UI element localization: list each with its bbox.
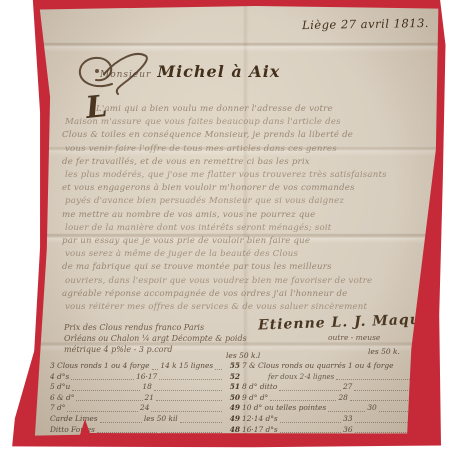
body-line: vous réitérer mes offres de services & d… <box>62 301 422 314</box>
body-line: louer de la manière dont vos intérêts se… <box>62 222 422 235</box>
price-row: 7 d° 24 49 <box>50 403 240 414</box>
dateline: Liège 27 avril 1813. <box>302 16 429 32</box>
body-line: Clous & toiles en conséquence Monsieur, … <box>62 129 422 142</box>
body-line: ouvriers, dans l'espoir que vous voudrez… <box>62 275 422 288</box>
body-line: me mettre au nombre de vos amis, vous ne… <box>62 209 422 222</box>
body-line: vous serez à même de juger de la beauté … <box>62 248 422 261</box>
body-line: par un essay que je vous prie de vouloir… <box>62 235 422 248</box>
price-row: 7 & Clous ronds ou quarrés 1 ou 4 forge <box>242 361 434 372</box>
terms-line: Orléans ou Chalon ¼ argt Décompte & poid… <box>64 333 247 344</box>
price-terms: Prix des Clous rendus franco Paris Orléa… <box>64 322 247 355</box>
body-line: payés d'avance bien persuadés Monsieur q… <box>62 195 422 208</box>
salutation-prefix: Monsieur <box>100 70 151 80</box>
price-row: 9 d° d° 28 50 <box>242 393 434 404</box>
price-row: 3 Clous ronds 1 ou 4 forge 14 k 15 ligne… <box>50 361 240 372</box>
body-line: les plus modérés, que j'ose me flatter v… <box>62 169 422 182</box>
body-line: et vous engagerons à bien vouloir m'hono… <box>62 182 422 195</box>
price-row: Carde Limes les 50 kil 49 <box>50 414 240 425</box>
body-line: agréable réponse accompagnée de vos ordr… <box>62 288 422 301</box>
price-row: 4 d°s 16·17 52 <box>50 372 240 383</box>
salutation: MonsieurMichel à Aix <box>100 62 280 81</box>
signature-place: outre - meuse <box>328 333 380 342</box>
price-row: 5 d°u 18 51 <box>50 382 240 393</box>
unit-label-right: les 50 k. <box>368 347 400 356</box>
body-line: L'ami qui a bien voulu me donner l'adres… <box>62 103 422 116</box>
body-line: vous venir faire l'offre de tous mes art… <box>62 143 422 156</box>
letter-photo: Liège 27 avril 1813. MonsieurMichel à Ai… <box>0 0 450 450</box>
body-line: Maison m'assure que vous faites beaucoup… <box>62 116 422 129</box>
price-row: 6 & d° 21 50 <box>50 393 240 404</box>
price-list-right: 7 & Clous ronds ou quarrés 1 ou 4 forge … <box>242 361 434 446</box>
price-row: fer doux 2·4 lignes 52 <box>242 372 434 383</box>
price-row: 8 d° ditto 27 51 <box>242 382 434 393</box>
price-list-left: 3 Clous ronds 1 ou 4 forge 14 k 15 ligne… <box>50 361 240 435</box>
price-row: 10 d° ou telles pointes 30 49 <box>242 403 434 414</box>
terms-line: métrique 4 p%le - 3 p.cord <box>64 344 247 355</box>
price-row: 12·14 d°s 33 48 <box>242 414 434 425</box>
body-line: de ma fabrique qui se trouve montée par … <box>62 261 422 274</box>
price-note: Prix des Clous rendus franco Paris <box>64 322 247 333</box>
letter-paper: Liège 27 avril 1813. MonsieurMichel à Ai… <box>30 6 440 440</box>
body-line: de fer travaillés, et de vous en remettr… <box>62 156 422 169</box>
addressee-name: Michel à Aix <box>157 62 280 81</box>
unit-label-left: les 50 k.l <box>226 351 260 360</box>
letter-body: L'ami qui a bien voulu me donner l'adres… <box>62 103 422 314</box>
